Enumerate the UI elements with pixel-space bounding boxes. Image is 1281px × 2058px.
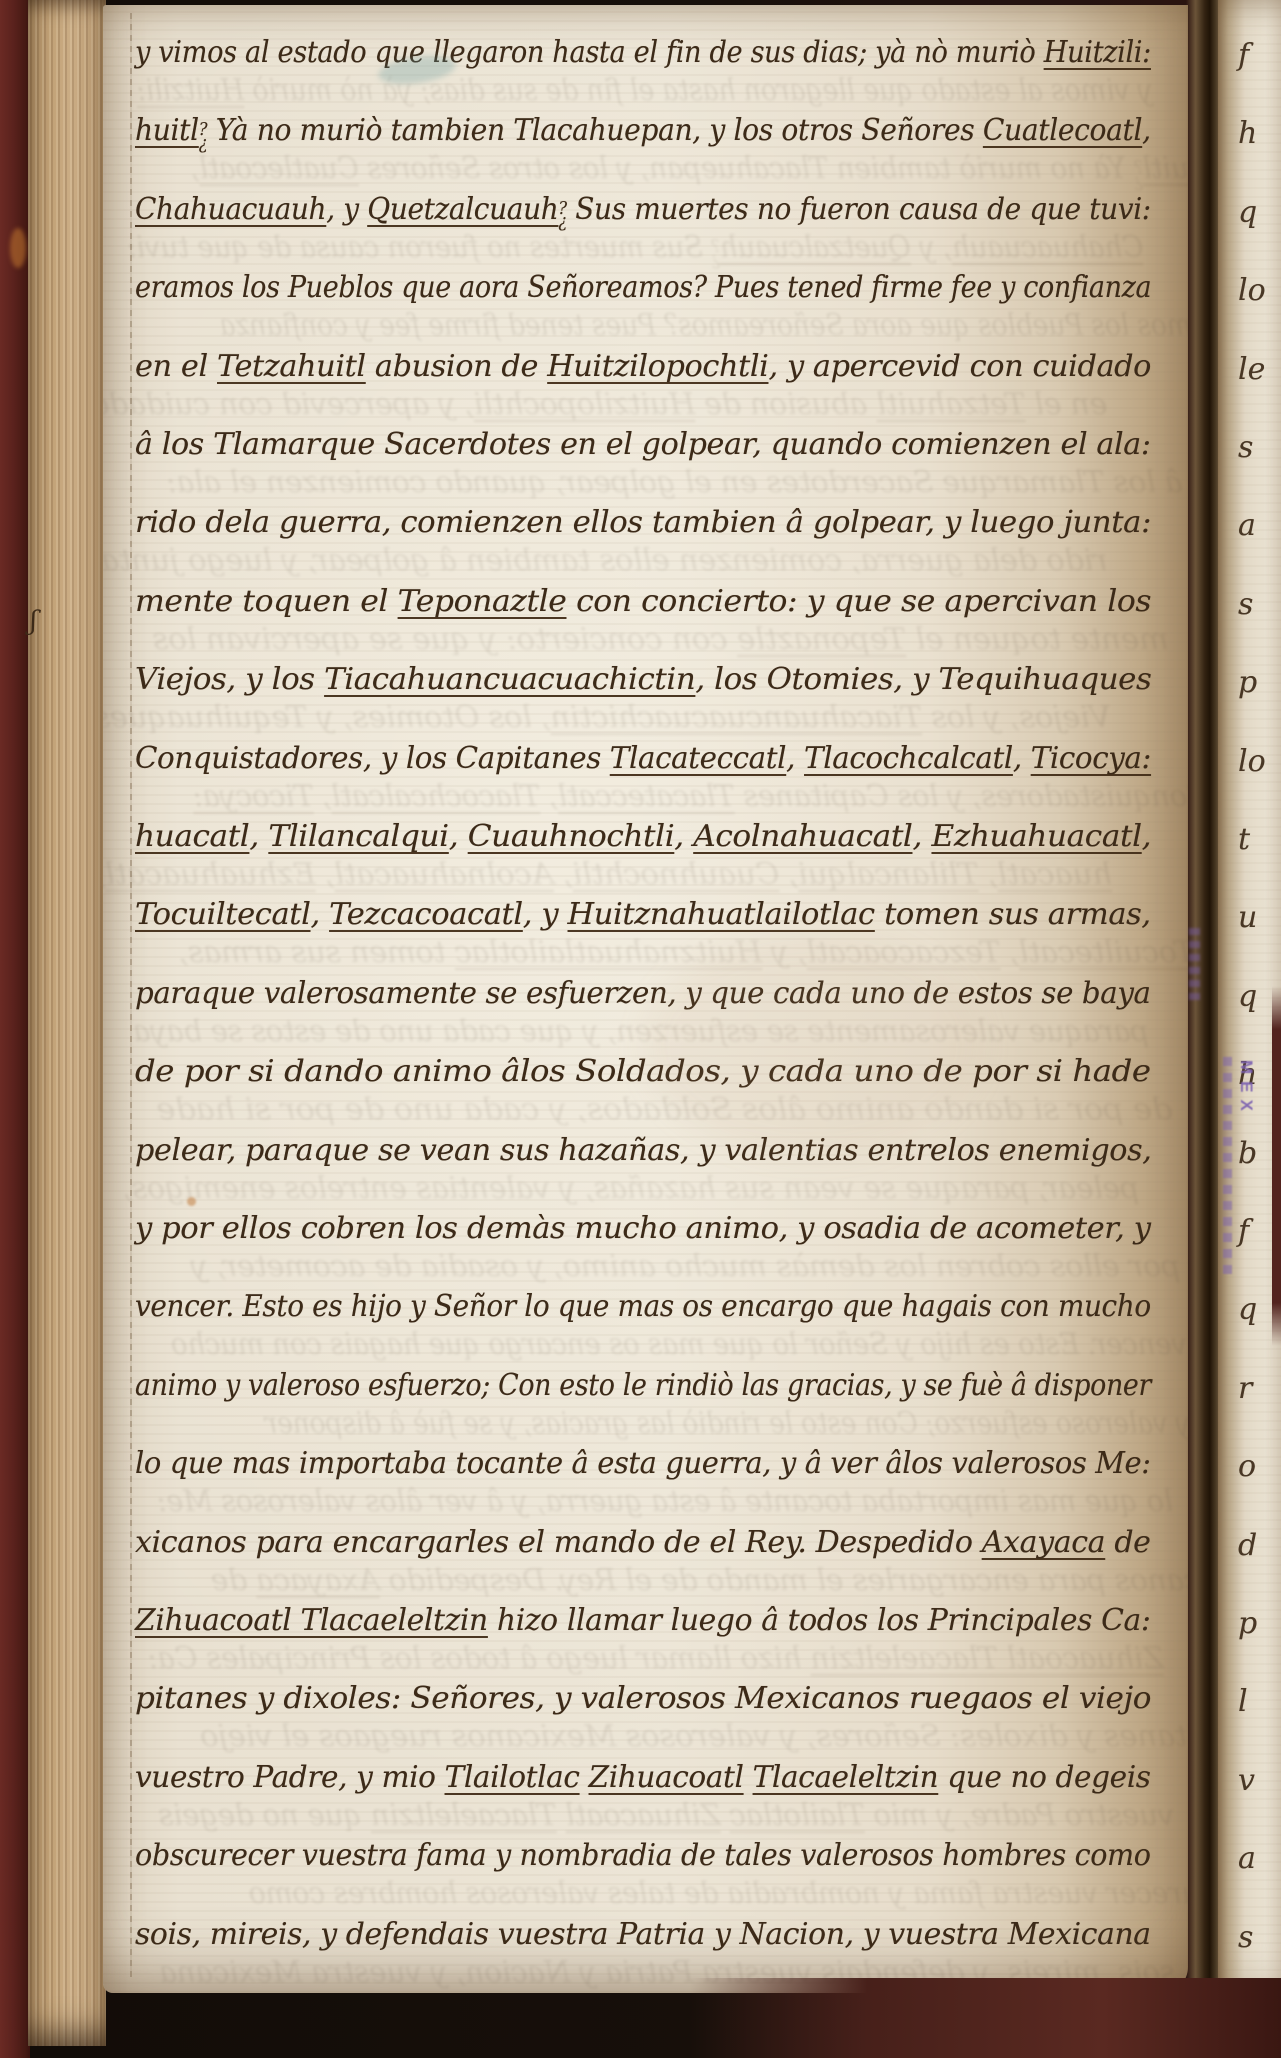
library-stamp-partial [1223, 1056, 1232, 1274]
underlined-term: Huitzilopochtli [474, 387, 695, 422]
question-marks: ?¿ [1135, 162, 1143, 189]
text-line: xicanos para encargarles el mando de el … [135, 1525, 1151, 1560]
text-run: animo y valeroso esfuerzo; Con esto le r… [135, 1368, 1151, 1403]
text-run: , [674, 819, 693, 854]
text-line: Viejos, y los Tiacahuancuacuachictin, lo… [103, 700, 1111, 735]
cutoff-text-fragment: l [1238, 1684, 1248, 1719]
text-run: Conquistadores, y los Capitanes [135, 741, 610, 776]
text-run: , [103, 857, 105, 892]
text-line: obscurecer vuestra fama y nombradia de t… [249, 1876, 1188, 1911]
text-run: mente toquen el [135, 584, 398, 619]
text-run: rido dela guerra, comienzen ellos tambie… [103, 543, 1108, 578]
underlined-term: huacatl [998, 857, 1112, 892]
underlined-term: Tlacateccatl [610, 741, 786, 776]
underlined-term: Tezcacoacatl [329, 897, 523, 932]
text-run: , y [523, 897, 568, 932]
book-spine [0, 0, 30, 2058]
stamp-smudge [1189, 928, 1200, 1000]
library-stamp: MEX [1236, 1060, 1256, 1118]
text-run [557, 1798, 566, 1833]
underlined-term: huitl [1143, 151, 1188, 186]
text-run: , [249, 819, 268, 854]
text-line: rido dela guerra, comienzen ellos tambie… [103, 543, 1108, 578]
text-line: obscurecer vuestra fama y nombradia de t… [135, 1838, 1151, 1873]
underlined-term: Zihuacoatl Tlacaeleltzin [811, 1641, 1164, 1676]
text-run [744, 1760, 753, 1795]
question-marks: ?¿ [712, 241, 720, 268]
underlined-term: Cuauhnochtli [573, 857, 780, 892]
text-run: , [1013, 741, 1031, 776]
text-run [721, 1798, 730, 1833]
text-run: , [316, 857, 335, 892]
text-run: eramos los Pueblos que aora Señoreamos? … [135, 270, 1151, 305]
text-line: vencer. Esto es hijo y Señor lo que mas … [135, 1289, 1151, 1324]
text-run: , [912, 819, 931, 854]
text-line: en el Tetzahuitl abusion de Huitzilopoch… [135, 349, 1151, 384]
text-line: Chahuacuauh, y Quetzalcuauh?¿ Sus muerte… [127, 230, 1143, 273]
text-run: vuestro Padre, y mio [135, 1760, 445, 1795]
text-line: pelear, paraque se vean sus hazañas, y v… [135, 1133, 1151, 1168]
text-run: obscurecer vuestra fama y nombradia de t… [135, 1838, 1151, 1873]
underlined-term: Tlailotlac [445, 1760, 580, 1795]
text-run: y vimos al estado que llegaron hasta el … [135, 35, 1044, 70]
manuscript-photo: y vimos al estado que llegaron hasta el … [0, 0, 1281, 2058]
text-run: pelear, paraque se vean sus hazañas, y v… [135, 1133, 1151, 1168]
text-run: Yà no muriò tambien Tlacahuepan, y los o… [359, 151, 1135, 186]
text-run: , [191, 151, 200, 186]
underlined-term: Tlacateccatl [558, 779, 734, 814]
cutoff-text-fragment: q [1238, 979, 1257, 1014]
text-run: de [1105, 1525, 1150, 1560]
cutoff-text-fragment: h [1238, 116, 1257, 151]
text-line: mente toquen el Teponaztle con concierto… [153, 622, 1169, 657]
bottom-binding-edge [690, 1978, 1281, 2058]
text-line: Zihuacoatl Tlacaeleltzin hizo llamar lue… [148, 1641, 1164, 1676]
text-run: en el [1025, 387, 1107, 422]
gutter-shadow [1186, 0, 1220, 2058]
underlined-term: Zihuacoatl Tlacaeleltzin [135, 1603, 488, 1638]
text-run: , [311, 897, 330, 932]
cutoff-text-fragment: s [1238, 587, 1253, 622]
underlined-term: Tiacahuancuacuachictin [324, 662, 695, 697]
text-run: lo que mas importaba tocante â esta guer… [135, 1446, 1151, 1481]
underlined-term: Chahuacuauh [135, 192, 326, 227]
text-run: Sus muertes no fueron causa de que tuvi: [567, 192, 1151, 227]
text-line: y por ellos cobren los demàs mucho animo… [191, 1249, 1188, 1284]
cutoff-text-fragment: f [1238, 1214, 1249, 1249]
text-line: animo y valeroso esfuerzo; Con esto le r… [135, 1368, 1151, 1403]
text-run: y por ellos cobren los demàs mucho animo… [191, 1249, 1188, 1284]
underlined-term: Ezhuahuacatl [105, 857, 315, 892]
text-line: y vimos al estado que llegaron hasta el … [135, 35, 1151, 70]
underlined-term: Cuatlecoatl [983, 113, 1142, 148]
text-run: Viejos, y los [135, 662, 324, 697]
underlined-term: Acolnahuacatl [335, 857, 554, 892]
cutoff-text-fragment: p [1238, 1606, 1257, 1641]
text-line: huacatl, Tlilancalqui, Cuauhnochtli, Aco… [135, 819, 1151, 854]
text-line: rido dela guerra, comienzen ellos tambie… [135, 505, 1151, 540]
text-line: Conquistadores, y los Capitanes Tlacatec… [193, 779, 1188, 814]
text-line: huitl?¿ Yà no muriò tambien Tlacahuepan,… [191, 151, 1188, 194]
cutoff-text-fragment: b [1238, 1136, 1257, 1171]
text-run: , [314, 779, 332, 814]
text-line: sois, mireis, y defendais vuestra Patria… [135, 1917, 1151, 1952]
text-run: en el [135, 349, 217, 384]
text-line: huacatl, Tlilancalqui, Cuauhnochtli, Aco… [103, 857, 1112, 892]
text-line: animo y valeroso esfuerzo; Con esto le r… [265, 1406, 1188, 1441]
text-line: lo que mas importaba tocante â esta guer… [135, 1446, 1151, 1481]
text-run: eramos los Pueblos que aora Señoreamos? … [220, 308, 1188, 343]
text-line: Tocuiltecatl, Tezcacoacatl, y Huitznahua… [135, 897, 1151, 932]
underlined-term: Huitzili: [1044, 35, 1151, 70]
text-run: , [786, 741, 804, 776]
cutoff-text-fragment: t [1238, 822, 1250, 857]
text-run: , los Otomies, y Tequihuaques [103, 700, 551, 735]
cutoff-text-fragment: s [1238, 430, 1253, 465]
text-line: xicanos para encargarles el mando de el … [211, 1563, 1188, 1598]
underlined-term: huitl [135, 113, 199, 148]
text-line: vuestro Padre, y mio Tlailotlac Zihuacoa… [135, 1760, 1151, 1795]
cutoff-text-fragment: d [1238, 1528, 1257, 1563]
text-run: , [1142, 819, 1151, 854]
text-run: , y apercevid con cuidado [768, 349, 1151, 384]
text-run: abusion de [695, 387, 877, 422]
text-run: xicanos para encargarles el mando de el … [135, 1525, 982, 1560]
text-run: â los Tlamarque Sacerdotes en el golpear… [167, 465, 1183, 500]
manuscript-page: y vimos al estado que llegaron hasta el … [103, 5, 1188, 1993]
text-run: con concierto: y que se apercivan los [566, 584, 1151, 619]
underlined-term: Teponaztle [737, 622, 906, 657]
text-run: , [540, 779, 558, 814]
text-run: hizo llamar luego â todos los Principale… [148, 1641, 811, 1676]
text-run: con concierto: y que se apercivan los [153, 622, 738, 657]
underlined-term: Teponaztle [398, 584, 567, 619]
text-run: xicanos para encargarles el mando de el … [380, 1563, 1188, 1598]
text-run: , y apercevid con cuidado [103, 387, 474, 422]
text-line: paraque valerosamente se esfuerzen, y qu… [135, 976, 1151, 1011]
underlined-term: Axayaca [256, 1563, 379, 1598]
underlined-term: Tlacaeleltzin [753, 1760, 939, 1795]
underlined-term: Huitznahuatlailotlac [455, 935, 762, 970]
text-line: Chahuacuauh, y Quetzalcuauh?¿ Sus muerte… [135, 192, 1151, 235]
text-run: tomen sus armas, [179, 935, 455, 970]
cutoff-text-fragment: o [1238, 1449, 1256, 1484]
text-line: de por si dando animo âlos Soldados, y c… [135, 1054, 1151, 1089]
question-marks: ?¿ [199, 124, 207, 151]
cutoff-text-fragment: s [1238, 1920, 1253, 1955]
cutoff-text-fragment: p [1238, 665, 1257, 700]
underlined-term: Tetzahuitl [217, 349, 366, 384]
underlined-term: Zihuacoatl [566, 1798, 721, 1833]
text-run: tomen sus armas, [875, 897, 1151, 932]
underlined-term: Tetzahuitl [877, 387, 1026, 422]
text-run: obscurecer vuestra fama y nombradia de t… [249, 1876, 1188, 1911]
text-line: eramos los Pueblos que aora Señoreamos? … [220, 308, 1188, 343]
text-line: pitanes y dixoles: Señores, y valerosos … [200, 1719, 1188, 1754]
text-run: , y [326, 192, 367, 227]
text-run: mente toquen el [906, 622, 1169, 657]
text-run: paraque valerosamente se esfuerzen, y qu… [133, 1014, 1149, 1049]
text-line: de por si dando animo âlos Soldados, y c… [157, 1092, 1173, 1127]
cutoff-text-fragment: u [1238, 900, 1257, 935]
text-run: pitanes y dixoles: Señores, y valerosos … [200, 1719, 1188, 1754]
underlined-term: Tiacahuancuacuachictin [551, 700, 922, 735]
text-line: pitanes y dixoles: Señores, y valerosos … [135, 1681, 1151, 1716]
text-line: mente toquen el Teponaztle con concierto… [135, 584, 1151, 619]
cutoff-text-fragment: r [1238, 1371, 1252, 1406]
cutoff-text-fragment: lo [1238, 744, 1266, 779]
cutoff-text-fragment: v [1238, 1763, 1255, 1798]
text-run: , [1001, 935, 1020, 970]
text-run: vencer. Esto es hijo y Señor lo que mas … [135, 1289, 1151, 1324]
stray-pen-mark: ʃ [30, 606, 37, 636]
text-line: â los Tlamarque Sacerdotes en el golpear… [135, 427, 1151, 462]
margin-rule [130, 13, 132, 1977]
text-run: rido dela guerra, comienzen ellos tambie… [135, 505, 1151, 540]
underlined-term: Tlacochcalcatl [804, 741, 1013, 776]
text-run: de [211, 1563, 256, 1598]
underlined-term: Quetzalcuauh [367, 192, 558, 227]
text-line: Zihuacoatl Tlacaeleltzin hizo llamar lue… [135, 1603, 1151, 1638]
right-binding-edge [1272, 986, 1281, 1346]
underlined-term: Huitzili: [137, 73, 244, 108]
text-run: Yà no muriò tambien Tlacahuepan, y los o… [207, 113, 983, 148]
text-run: sois, mireis, y defendais vuestra Patria… [135, 1917, 1151, 1952]
text-run: , [979, 857, 998, 892]
text-line: Tocuiltecatl, Tezcacoacatl, y Huitznahua… [179, 935, 1188, 970]
text-run: y vimos al estado que llegaron hasta el … [244, 73, 1153, 108]
cutoff-text-fragment: lo [1238, 273, 1266, 308]
underlined-term: Tlacaeleltzin [371, 1798, 557, 1833]
text-run: â los Tlamarque Sacerdotes en el golpear… [135, 427, 1151, 462]
stacked-page-edges [28, 0, 106, 2046]
text-run: que no degeis [938, 1760, 1150, 1795]
underlined-term: Huitzilopochtli [547, 349, 768, 384]
text-run: de por si dando animo âlos Soldados, y c… [157, 1092, 1173, 1127]
underlined-term: Acolnahuacatl [693, 819, 912, 854]
text-run: vuestro Padre, y mio [865, 1798, 1175, 1833]
text-run: , [1142, 113, 1151, 148]
text-run: paraque valerosamente se esfuerzen, y qu… [135, 976, 1151, 1011]
underlined-term: Tezcacoacatl [807, 935, 1001, 970]
text-line: Viejos, y los Tiacahuancuacuachictin, lo… [135, 662, 1151, 697]
cutoff-text-fragment: q [1238, 195, 1257, 230]
text-run: lo que mas importaba tocante â esta guer… [157, 1484, 1173, 1519]
underlined-term: Ticocya: [193, 779, 313, 814]
text-run: Viejos, y los [922, 700, 1111, 735]
cutoff-text-fragment: a [1238, 508, 1256, 543]
underlined-term: Chahuacuauh [952, 230, 1143, 265]
underlined-term: huacatl [135, 819, 249, 854]
underlined-term: Quetzalcuauh [720, 230, 911, 265]
text-run: Conquistadores, y los Capitanes [735, 779, 1188, 814]
underlined-term: Tlacochcalcatl [332, 779, 541, 814]
text-line: vuestro Padre, y mio Tlailotlac Zihuacoa… [159, 1798, 1175, 1833]
text-line: y vimos al estado que llegaron hasta el … [137, 73, 1153, 108]
underlined-term: Cuatlecoatl [200, 151, 359, 186]
text-run: , y [911, 230, 952, 265]
underlined-term: Huitznahuatlailotlac [568, 897, 875, 932]
text-run: , [779, 857, 798, 892]
text-line: vencer. Esto es hijo y Señor lo que mas … [171, 1327, 1187, 1362]
cutoff-text-fragment: le [1238, 352, 1265, 387]
text-line: â los Tlamarque Sacerdotes en el golpear… [167, 465, 1183, 500]
text-run: , [449, 819, 468, 854]
text-run: y por ellos cobren los demàs mucho animo… [135, 1211, 1151, 1246]
text-run: de por si dando animo âlos Soldados, y c… [135, 1054, 1151, 1089]
underlined-term: Ticocya: [1031, 741, 1151, 776]
text-run: vencer. Esto es hijo y Señor lo que mas … [171, 1327, 1187, 1362]
text-line: eramos los Pueblos que aora Señoreamos? … [135, 270, 1151, 305]
text-run: , los Otomies, y Tequihuaques [695, 662, 1151, 697]
cutoff-text-fragment: a [1238, 1841, 1256, 1876]
text-run: abusion de [366, 349, 548, 384]
underlined-term: Tocuiltecatl [1019, 935, 1188, 970]
text-run: hizo llamar luego â todos los Principale… [488, 1603, 1151, 1638]
underlined-term: Cuauhnochtli [468, 819, 675, 854]
text-line: y por ellos cobren los demàs mucho animo… [135, 1211, 1151, 1246]
text-run: pelear, paraque se vean sus hazañas, y v… [123, 1171, 1139, 1206]
text-run: Sus muertes no fueron causa de que tuvi: [127, 230, 711, 265]
text-run: , y [762, 935, 807, 970]
text-run: , [554, 857, 573, 892]
text-line: huitl?¿ Yà no muriò tambien Tlacahuepan,… [135, 113, 1151, 156]
underlined-term: Tlailotlac [730, 1798, 865, 1833]
text-line: paraque valerosamente se esfuerzen, y qu… [133, 1014, 1149, 1049]
text-run: que no degeis [159, 1798, 371, 1833]
text-line: lo que mas importaba tocante â esta guer… [157, 1484, 1173, 1519]
underlined-term: Zihuacoatl [589, 1760, 744, 1795]
text-run: pitanes y dixoles: Señores, y valerosos … [135, 1681, 1151, 1716]
question-marks: ?¿ [558, 203, 566, 230]
text-line: Conquistadores, y los Capitanes Tlacatec… [135, 741, 1151, 776]
underlined-term: Tocuiltecatl [135, 897, 311, 932]
cutoff-text-fragment: q [1238, 1292, 1257, 1327]
text-run: animo y valeroso esfuerzo; Con esto le r… [265, 1406, 1188, 1441]
underlined-term: Ezhuahuacatl [931, 819, 1141, 854]
underlined-term: Axayaca [982, 1525, 1105, 1560]
text-line: pelear, paraque se vean sus hazañas, y v… [123, 1171, 1139, 1206]
cutoff-text-fragment: f [1238, 38, 1249, 73]
text-line: en el Tetzahuitl abusion de Huitzilopoch… [103, 387, 1107, 422]
underlined-term: Tlilancalqui [798, 857, 978, 892]
underlined-term: Tlilancalqui [268, 819, 448, 854]
